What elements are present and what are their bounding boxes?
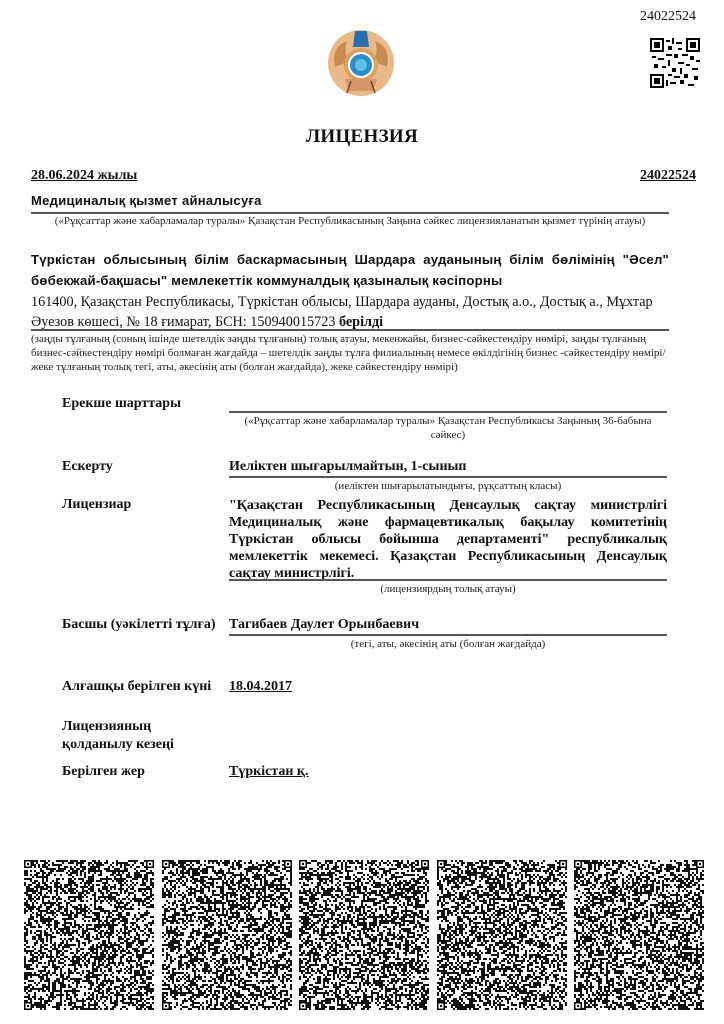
qr-code-3-icon [299,860,429,1010]
place-value: Түркістан қ. [229,764,308,780]
qr-code-2-icon [162,860,292,1010]
head-label: Басшы (уәкілетті тұлға) [62,617,216,633]
special-conditions-note: («Рұқсаттар және хабарламалар туралы» Қа… [229,414,667,442]
licensor-value: "Қазақстан Республикасының Денсаулық сақ… [229,497,667,582]
qr-code-1-icon [24,860,154,1010]
activity-note: («Рұқсаттар және хабарламалар туралы» Қа… [31,214,669,228]
document-title: ЛИЦЕНЗИЯ [0,126,724,148]
issued-word: берілді [339,314,383,330]
licensor-note: (лицензиярдың толық атауы) [229,582,667,596]
license-number: 24022524 [640,168,696,184]
divider [229,476,667,478]
licensee-note: (заңды тұлғаның (соның ішінде шетелдік з… [31,332,671,374]
qr-code-4-icon [437,860,567,1010]
divider [229,411,667,413]
divider [229,579,667,581]
head-note: (тегі, аты, әкесінің аты (болған жағдайд… [229,637,667,651]
divider [31,329,669,331]
place-label: Берілген жер [62,764,145,780]
state-emblem-icon [325,27,397,99]
remark-label: Ескерту [62,459,113,475]
licensor-label: Лицензиар [62,497,131,513]
licensee-address: 161400, Қазақстан Республикасы, Түркіста… [31,292,671,332]
first-issue-label: Алғашқы берілген күні [62,679,211,695]
issue-date: 28.06.2024 жылы [31,168,137,184]
top-document-number: 24022524 [640,9,696,25]
qr-code-icon [650,38,700,88]
validity-label: Лицензияның қолданылу кезеңі [62,718,202,754]
remark-note: (иеліктен шығарылатындығы, рұқсаттың кла… [229,479,667,493]
licensee-name: Түркістан облысының білім баскармасының … [31,249,669,291]
activity-type: Медициналық қызмет айналысуға [31,193,262,208]
footer-qr-codes [24,860,704,1010]
head-value: Тагибаев Даулет Орынбаевич [229,617,419,633]
qr-code-5-icon [574,860,704,1010]
divider [229,634,667,636]
remark-value: Иеліктен шығарылмайтын, 1-сынып [229,459,467,475]
first-issue-value: 18.04.2017 [229,679,292,695]
special-conditions-label: Ерекше шарттары [62,396,181,412]
